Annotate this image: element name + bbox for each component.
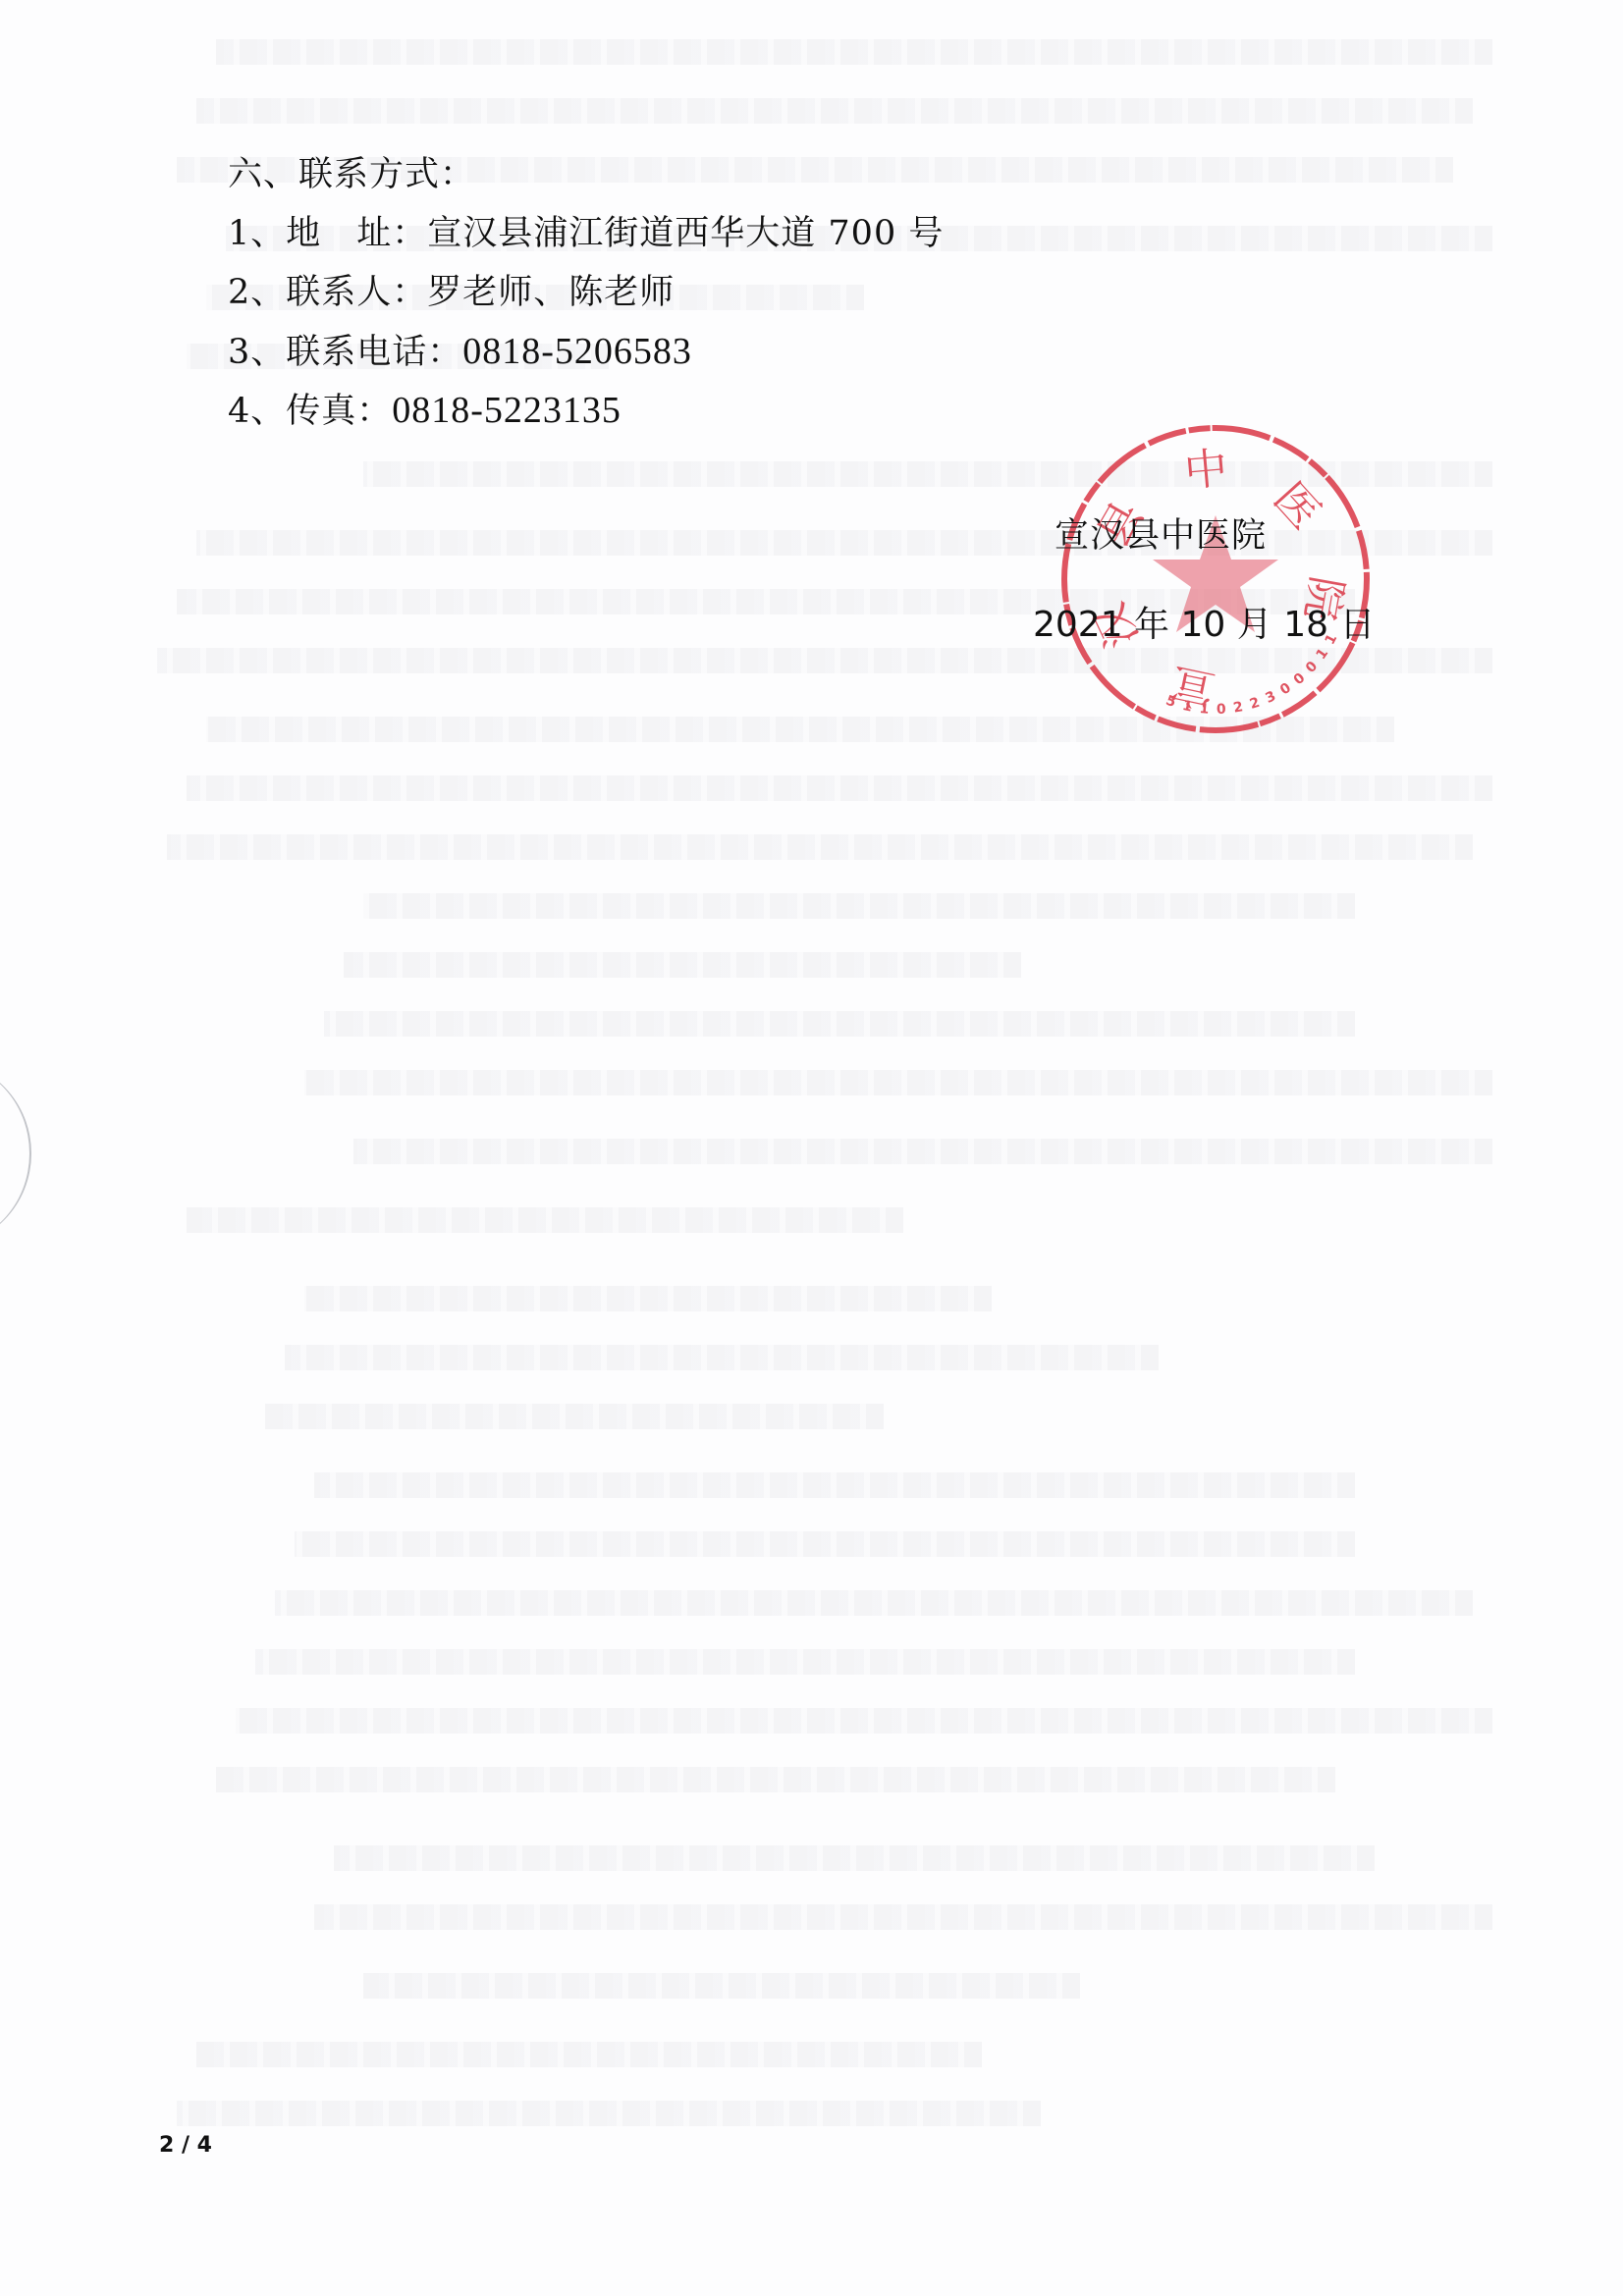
ghost-text-line	[285, 1345, 1159, 1370]
svg-text:2: 2	[1248, 695, 1262, 713]
ghost-text-line	[265, 1404, 884, 1429]
svg-text:1: 1	[1314, 646, 1332, 663]
contact-address: 1、地 址：宣汉县浦江街道西华大道 700 号	[228, 204, 944, 263]
ghost-text-line	[295, 1531, 1355, 1557]
signature-date: 2021 年 10 月 18 日	[1033, 597, 1375, 647]
svg-text:1: 1	[1199, 701, 1210, 718]
contact-phone: 3、联系电话：0818-5206583	[228, 322, 944, 381]
ghost-text-line	[304, 1070, 1492, 1095]
ghost-text-line	[196, 2042, 982, 2067]
ghost-text-line	[216, 39, 1492, 65]
ghost-text-line	[334, 1845, 1375, 1871]
svg-text:医: 医	[1264, 473, 1329, 539]
ghost-text-line	[314, 1472, 1355, 1498]
ghost-text-line	[187, 1207, 903, 1233]
ghost-text-line	[275, 1590, 1473, 1616]
ghost-text-line	[304, 1286, 992, 1311]
svg-text:0: 0	[1277, 680, 1294, 699]
svg-text:2: 2	[1232, 699, 1244, 716]
svg-text:0: 0	[1217, 702, 1227, 718]
ghost-text-line	[216, 1767, 1335, 1792]
contact-label: 4、传真：	[228, 392, 392, 431]
contact-fax: 4、传真：0818-5223135	[228, 381, 944, 440]
section-heading: 六、联系方式：	[228, 145, 944, 204]
contact-value: 0818-5223135	[392, 390, 622, 431]
ghost-text-line	[236, 1708, 1492, 1734]
signer-organization: 宣汉县中医院	[1055, 508, 1267, 558]
scan-edge-artifact	[0, 1060, 31, 1247]
svg-text:0: 0	[1291, 669, 1309, 688]
ghost-text-line	[344, 952, 1021, 978]
ghost-text-line	[363, 893, 1355, 919]
ghost-text-line	[363, 1973, 1080, 1999]
contact-value: 宣汉县浦江街道西华大道 700 号	[427, 214, 944, 253]
ghost-text-line	[255, 1649, 1355, 1675]
svg-text:中: 中	[1182, 444, 1229, 498]
contact-label: 1、地 址：	[228, 214, 427, 253]
ghost-text-line	[167, 834, 1473, 860]
contact-label: 2、联系人：	[228, 273, 427, 312]
ghost-text-line	[187, 775, 1492, 801]
svg-text:宣: 宣	[1166, 658, 1219, 716]
contact-value: 0818-5206583	[462, 331, 692, 372]
svg-text:3: 3	[1263, 688, 1278, 707]
ghost-text-line	[314, 1904, 1492, 1930]
svg-text:1: 1	[1181, 698, 1194, 716]
ghost-text-line	[353, 1139, 1492, 1164]
svg-text:0: 0	[1303, 659, 1322, 676]
ghost-text-line	[196, 98, 1473, 124]
ghost-text-line	[324, 1011, 1355, 1037]
page-number: 2 / 4	[159, 2133, 212, 2158]
ghost-text-line	[177, 2101, 1041, 2126]
official-seal-icon: 宣汉县中医院 511022300011	[1058, 422, 1373, 736]
contact-person: 2、联系人：罗老师、陈老师	[228, 263, 944, 322]
contact-label: 3、联系电话：	[228, 333, 462, 372]
contact-section: 六、联系方式： 1、地 址：宣汉县浦江街道西华大道 700 号 2、联系人：罗老…	[228, 145, 944, 440]
contact-value: 罗老师、陈老师	[427, 273, 675, 312]
